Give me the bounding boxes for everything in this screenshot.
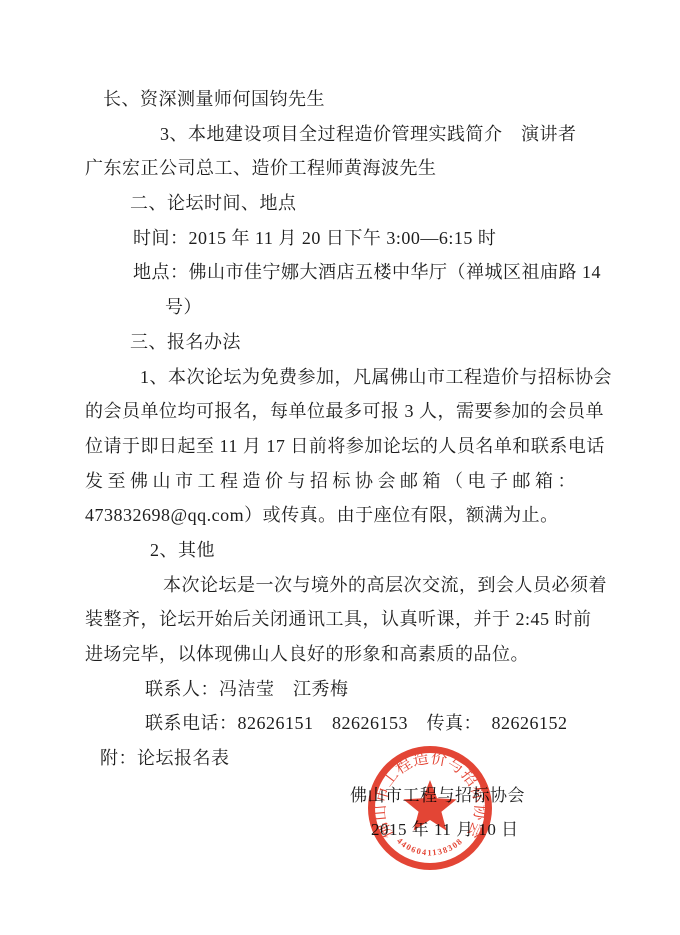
document-line: 地点：佛山市佳宁娜大酒店五楼中华厅（禅城区祖庙路 14 — [133, 255, 597, 290]
document-line: 2、其他 — [150, 533, 597, 568]
seal-serial-number: 4406041138308 — [395, 836, 465, 858]
document-line: 装整齐，论坛开始后关闭通讯工具，认真听课，并于 2:45 时前 — [85, 602, 597, 637]
document-line: 号） — [165, 290, 597, 325]
document-body: 长、资深测量师何国钧先生3、本地建设项目全过程造价管理实践简介 演讲者广东宏正公… — [85, 82, 597, 776]
document-line: 473832698@qq.com）或传真。由于座位有限，额满为止。 — [85, 498, 597, 533]
document-line: 位请于即日起至 11 月 17 日前将参加论坛的人员名单和联系电话 — [85, 429, 597, 464]
document-line: 三、报名办法 — [130, 325, 597, 360]
document-line: 时间：2015 年 11 月 20 日下午 3:00—6:15 时 — [133, 221, 597, 256]
official-seal-stamp: 佛山市工程造价与招标协会 4406041138308 — [363, 741, 497, 875]
document-line: 广东宏正公司总工、造价工程师黄海波先生 — [85, 151, 597, 186]
document-line: 发至佛山市工程造价与招标协会邮箱（电子邮箱： — [85, 464, 597, 499]
seal-star-icon — [403, 780, 456, 831]
document-line: 联系人：冯洁莹 江秀梅 — [145, 672, 597, 707]
document-line: 长、资深测量师何国钧先生 — [103, 82, 597, 117]
document-line: 联系电话：82626151 82626153 传真： 82626152 — [145, 706, 597, 741]
document-line: 1、本次论坛为免费参加，凡属佛山市工程造价与招标协会 — [140, 360, 597, 395]
document-line: 3、本地建设项目全过程造价管理实践简介 演讲者 — [160, 117, 597, 152]
document-line: 进场完毕，以体现佛山人良好的形象和高素质的品位。 — [85, 637, 597, 672]
document-line: 的会员单位均可报名，每单位最多可报 3 人，需要参加的会员单 — [85, 394, 597, 429]
document-line: 二、论坛时间、地点 — [130, 186, 597, 221]
document-line: 本次论坛是一次与境外的高层次交流，到会人员必须着 — [163, 568, 597, 603]
document-line: 附：论坛报名表 — [100, 741, 597, 776]
document-page: 长、资深测量师何国钧先生3、本地建设项目全过程造价管理实践简介 演讲者广东宏正公… — [0, 0, 680, 935]
